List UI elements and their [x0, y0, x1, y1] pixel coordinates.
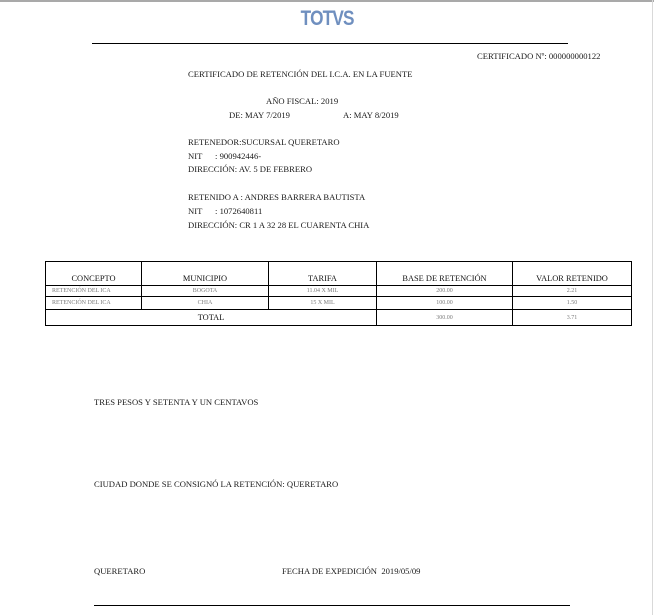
cell-tarifa: 15 X MIL — [269, 297, 377, 310]
table-total-row: TOTAL 300.00 3.71 — [46, 310, 632, 326]
totvs-logo: TOTVS — [301, 7, 344, 31]
cell-base: 200.00 — [377, 286, 513, 297]
certificate-number-label: CERTIFICADO Nº: — [477, 51, 547, 61]
issue-date-value: 2019/05/09 — [381, 566, 420, 576]
retained-nit: NIT : 1072640811 — [188, 206, 262, 217]
period-from: DE: MAY 7/2019 — [229, 110, 290, 121]
retainer-nit: NIT : 900942446- — [188, 151, 261, 162]
page-top-border — [0, 0, 654, 2]
issue-date-label: FECHA DE EXPEDICIÓN — [282, 566, 377, 576]
header-concepto: CONCEPTO — [46, 262, 142, 286]
period-from-date: MAY 7/2019 — [245, 110, 290, 120]
period-from-label: DE: — [229, 110, 243, 120]
table-row: RETENCIÓN DEL ICA CHIA 15 X MIL 100.00 1… — [46, 297, 632, 310]
total-value: 3.71 — [513, 310, 632, 326]
fiscal-year-value: 2019 — [321, 96, 338, 106]
cell-concepto: RETENCIÓN DEL ICA — [46, 286, 142, 297]
header-tarifa: TARIFA — [269, 262, 377, 286]
page-right-border — [652, 0, 653, 615]
header-municipio: MUNICIPIO — [142, 262, 269, 286]
amount-in-words: TRES PESOS Y SETENTA Y UN CENTAVOS — [94, 397, 258, 408]
retainer-name: RETENEDOR:SUCURSAL QUERETARO — [188, 137, 340, 148]
cell-valor: 1.50 — [513, 297, 632, 310]
header-valor: VALOR RETENIDO — [513, 262, 632, 286]
cell-tarifa: 11.04 X MIL — [269, 286, 377, 297]
certificate-title: CERTIFICADO DE RETENCIÓN DEL I.C.A. EN L… — [188, 69, 413, 80]
issue-date: FECHA DE EXPEDICIÓN 2019/05/09 — [282, 566, 420, 577]
cell-valor: 2.21 — [513, 286, 632, 297]
retainer-address: DIRECCIÓN: AV. 5 DE FEBRERO — [188, 164, 312, 175]
total-base: 300.00 — [377, 310, 513, 326]
period-to-date: MAY 8/2019 — [354, 110, 399, 120]
table-header-row: CONCEPTO MUNICIPIO TARIFA BASE DE RETENC… — [46, 262, 632, 286]
footer-city: QUERETARO — [94, 566, 145, 577]
fiscal-year-label: AÑO FISCAL: — [266, 96, 319, 106]
period-to: A: MAY 8/2019 — [343, 110, 399, 121]
retained-address: DIRECCIÓN: CR 1 A 32 28 EL CUARENTA CHIA — [188, 220, 369, 231]
cell-base: 100.00 — [377, 297, 513, 310]
period-to-label: A: — [343, 110, 352, 120]
cell-municipio: CHIA — [142, 297, 269, 310]
header-divider — [92, 43, 568, 44]
total-label: TOTAL — [46, 310, 377, 326]
table-row: RETENCIÓN DEL ICA BOGOTA 11.04 X MIL 200… — [46, 286, 632, 297]
footer-divider — [94, 605, 570, 606]
consignment-city: CIUDAD DONDE SE CONSIGNÓ LA RETENCIÓN: Q… — [94, 479, 338, 490]
certificate-number-value: 000000000122 — [549, 51, 601, 61]
fiscal-year: AÑO FISCAL: 2019 — [266, 96, 338, 107]
cell-concepto: RETENCIÓN DEL ICA — [46, 297, 142, 310]
retained-name: RETENIDO A : ANDRES BARRERA BAUTISTA — [188, 192, 365, 203]
header-base: BASE DE RETENCIÓN — [377, 262, 513, 286]
retention-table: CONCEPTO MUNICIPIO TARIFA BASE DE RETENC… — [45, 261, 632, 326]
cell-municipio: BOGOTA — [142, 286, 269, 297]
certificate-number: CERTIFICADO Nº: 000000000122 — [477, 51, 600, 62]
